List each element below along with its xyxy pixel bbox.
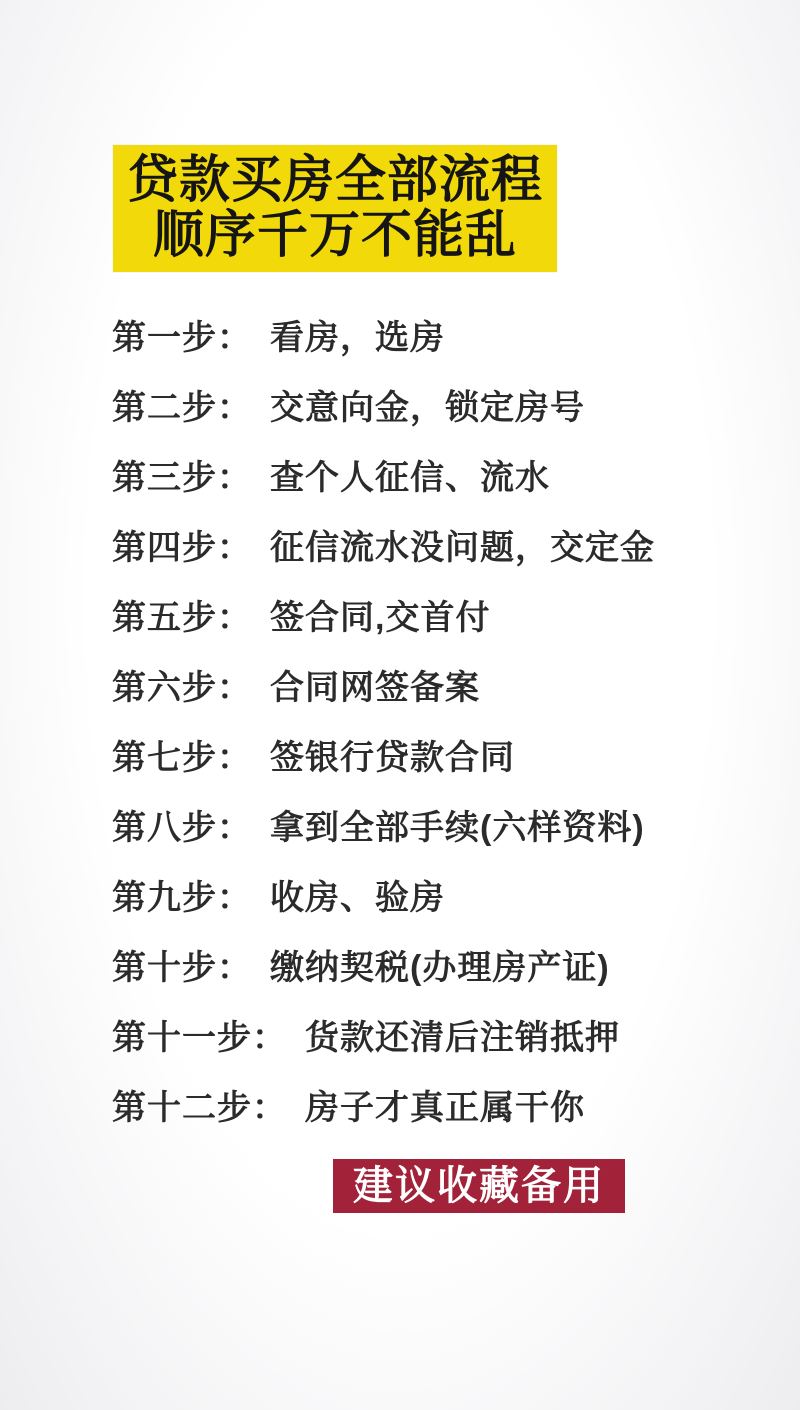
- step-label: 第三步：: [112, 450, 252, 499]
- step-text: 查个人征信、流水: [270, 450, 550, 499]
- step-row: 第六步：合同网签备案: [112, 649, 800, 719]
- step-text: 拿到全部手续(六样资料): [270, 800, 645, 849]
- step-row: 第十一步：货款还清后注销抵押: [112, 999, 800, 1069]
- step-text: 签合同,交首付: [270, 590, 490, 639]
- step-label: 第二步：: [112, 380, 252, 429]
- step-label: 第七步：: [112, 730, 252, 779]
- step-text: 房子才真正属干你: [305, 1080, 585, 1129]
- title-banner: 贷款买房全部流程 顺序千万不能乱: [113, 145, 557, 272]
- step-row: 第三步：查个人征信、流水: [112, 439, 800, 509]
- loan-home-buying-poster: 贷款买房全部流程 顺序千万不能乱 第一步：看房，选房第二步：交意向金，锁定房号第…: [0, 0, 800, 1410]
- step-label: 第八步：: [112, 800, 252, 849]
- step-row: 第五步：签合同,交首付: [112, 579, 800, 649]
- step-row: 第七步：签银行贷款合同: [112, 719, 800, 789]
- step-text: 签银行贷款合同: [270, 730, 515, 779]
- step-row: 第四步：征信流水没问题，交定金: [112, 509, 800, 579]
- step-label: 第一步：: [112, 310, 252, 359]
- step-row: 第一步：看房，选房: [112, 299, 800, 369]
- steps-list: 第一步：看房，选房第二步：交意向金，锁定房号第三步：查个人征信、流水第四步：征信…: [112, 299, 800, 1139]
- step-label: 第六步：: [112, 660, 252, 709]
- step-text: 征信流水没问题，交定金: [270, 520, 655, 569]
- step-text: 合同网签备案: [270, 660, 480, 709]
- step-row: 第十步：缴纳契税(办理房产证): [112, 929, 800, 999]
- step-label: 第十二步：: [112, 1080, 287, 1129]
- title-line-2: 顺序千万不能乱: [127, 207, 543, 262]
- step-label: 第十步：: [112, 940, 252, 989]
- footer-badge: 建议收藏备用: [333, 1159, 625, 1213]
- step-label: 第五步：: [112, 590, 252, 639]
- step-row: 第九步：收房、验房: [112, 859, 800, 929]
- step-text: 缴纳契税(办理房产证): [270, 940, 610, 989]
- step-row: 第十二步：房子才真正属干你: [112, 1069, 800, 1139]
- step-row: 第八步：拿到全部手续(六样资料): [112, 789, 800, 859]
- step-label: 第九步：: [112, 870, 252, 919]
- step-text: 交意向金，锁定房号: [270, 380, 585, 429]
- step-text: 收房、验房: [270, 870, 445, 919]
- title-line-1: 贷款买房全部流程: [127, 152, 543, 207]
- step-row: 第二步：交意向金，锁定房号: [112, 369, 800, 439]
- step-label: 第十一步：: [112, 1010, 287, 1059]
- step-text: 货款还清后注销抵押: [305, 1010, 620, 1059]
- step-text: 看房，选房: [270, 310, 445, 359]
- step-label: 第四步：: [112, 520, 252, 569]
